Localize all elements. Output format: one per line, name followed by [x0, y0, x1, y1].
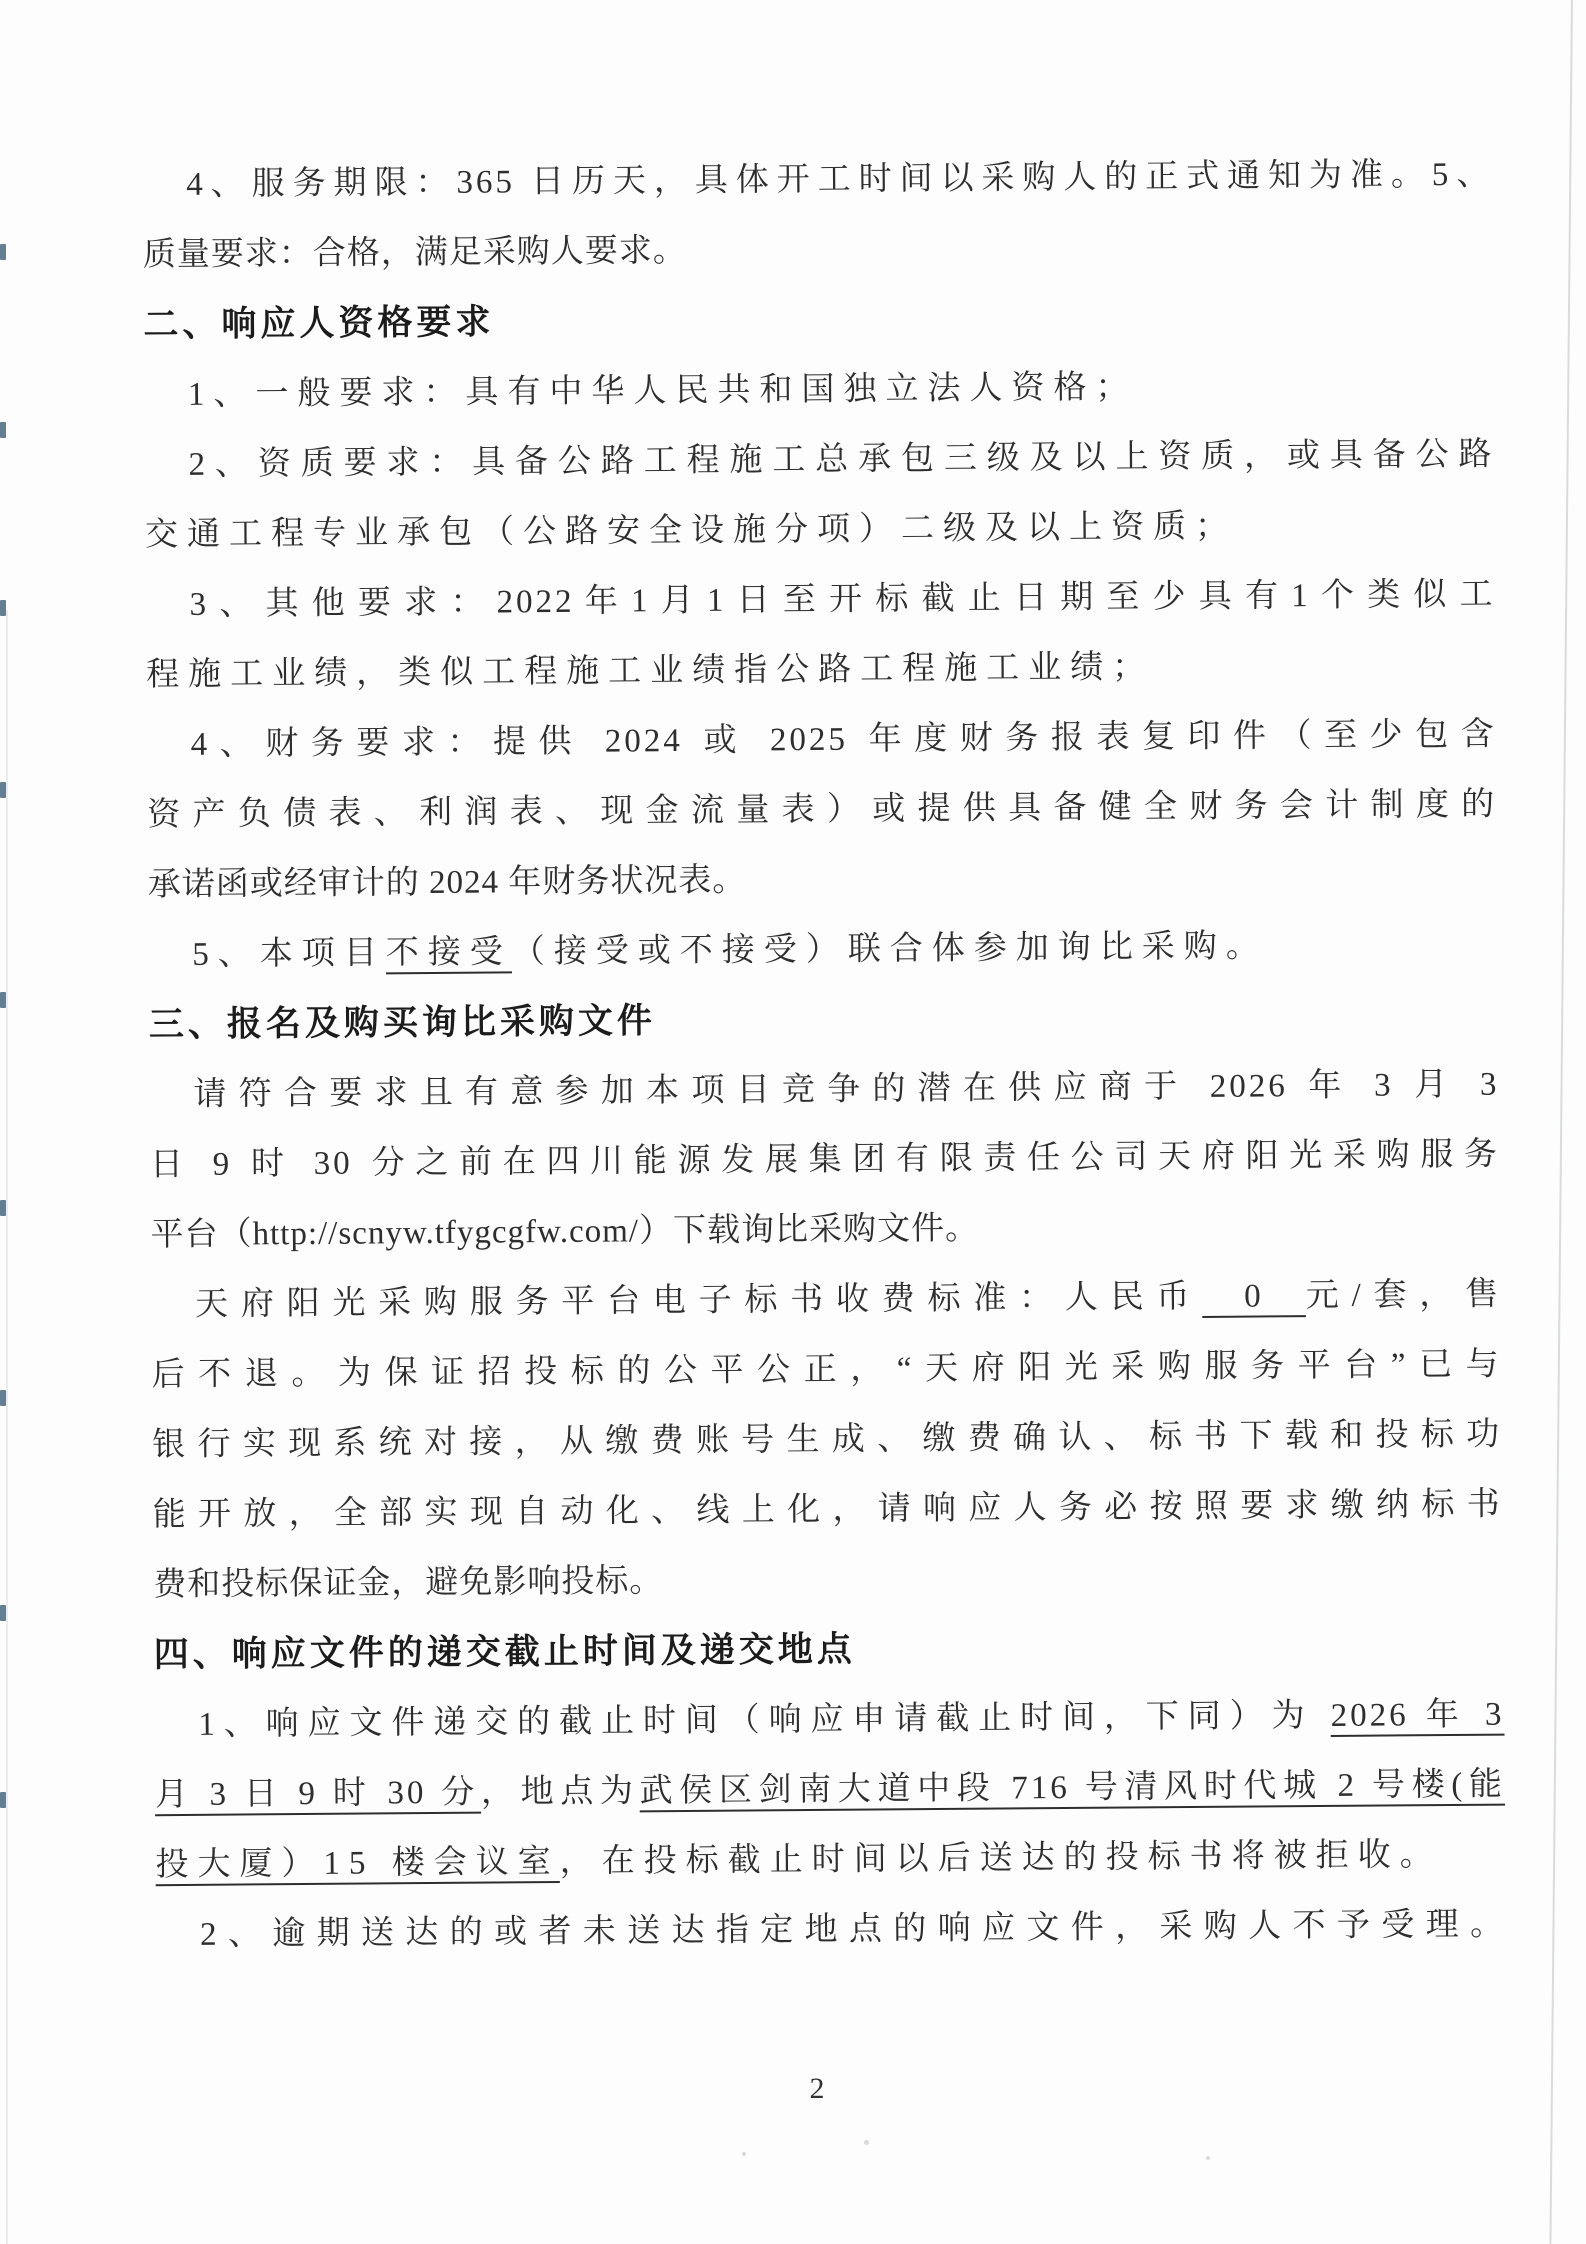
text-line: 能开放，全部实现自动化、线上化，请响应人务必按照要求缴纳标书: [152, 1470, 1503, 1551]
text-line: 1、响应文件递交的截止时间（响应申请截止时间，下同）为 2026 年 3: [154, 1680, 1505, 1761]
text-line: 后不退。为保证招投标的公平公正，“天府阳光采购服务平台”已与: [151, 1330, 1502, 1411]
text-segment: 5、本项目: [192, 935, 386, 973]
scan-speck: [1206, 2156, 1210, 2160]
scan-edge-mark: [0, 422, 6, 438]
scan-edge-mark: [0, 1390, 6, 1406]
text-segment: 承诺函或经审计的 2024 年财务状况表。: [148, 863, 747, 904]
text-line: 费和投标保证金，避免影响投标。: [153, 1540, 1504, 1621]
underlined-text: 不接受: [386, 934, 512, 971]
section-heading: 二、响应人资格要求: [143, 280, 1494, 361]
scan-edge-line-left: [6, 610, 8, 2244]
underlined-text: 月 3 日 9 时 30 分: [155, 1775, 481, 1814]
text-segment: 请符合要求且有意参加本项目竞争的潜在供应商于 2026 年 3 月 3: [193, 1067, 1499, 1113]
scan-edge-mark: [0, 600, 6, 616]
text-segment: 后不退。为保证招投标的公平公正，“天府阳光采购服务平台”已与: [151, 1347, 1501, 1394]
text-segment: 元/套，售: [1306, 1277, 1502, 1315]
text-segment: 四、响应文件的递交截止时间及递交地点: [154, 1630, 856, 1675]
text-segment: 费和投标保证金，避免影响投标。: [153, 1563, 663, 1603]
text-segment: 能开放，全部实现自动化、线上化，请响应人务必按照要求缴纳标书: [153, 1487, 1503, 1534]
text-line: 1、一般要求：具有中华人民共和国独立法人资格；: [144, 350, 1495, 431]
scan-edge-mark: [0, 782, 6, 798]
text-segment: 2、资质要求：具备公路工程施工总承包三级及以上资质，或具备公路: [188, 437, 1494, 483]
text-line: 质量要求：合格，满足采购人要求。: [143, 210, 1494, 291]
document-page: 4、服务期限：365 日历天，具体开工时间以采购人的正式通知为准。5、质量要求：…: [0, 0, 1586, 2244]
text-line: 承诺函或经审计的 2024 年财务状况表。: [148, 840, 1499, 921]
text-line: 投大厦）15 楼会议室，在投标截止时间以后送达的投标书将被拒收。: [155, 1820, 1506, 1901]
text-segment: 平台（http://scnyw.tfygcgfw.com/）下载询比采购文件。: [150, 1211, 979, 1254]
text-line: 4、服务期限：365 日历天，具体开工时间以采购人的正式通知为准。5、: [142, 140, 1493, 221]
text-segment: ，在投标截止时间以后送达的投标书将被拒收。: [560, 1837, 1442, 1880]
text-segment: 1、一般要求：具有中华人民共和国独立法人资格；: [188, 369, 1138, 412]
underlined-text: 武侯区剑南大道中段 716 号清风时代城 2 号楼(能: [639, 1767, 1505, 1810]
text-line: 2、逾期送达的或者未送达指定地点的响应文件，采购人不予受理。: [156, 1890, 1507, 1971]
text-segment: 天府阳光采购服务平台电子标书收费标准：人民币: [195, 1279, 1202, 1323]
text-segment: 质量要求：合格，满足采购人要求。: [143, 233, 687, 273]
scan-edge-mark: [0, 992, 6, 1008]
text-segment: 程施工业绩，类似工程施工业绩指公路工程施工业绩；: [146, 649, 1154, 693]
text-line: 平台（http://scnyw.tfygcgfw.com/）下载询比采购文件。: [150, 1190, 1501, 1271]
text-segment: 交通工程专业承包（公路安全设施分项）二级及以上资质；: [145, 509, 1237, 554]
underlined-text: 0: [1202, 1278, 1306, 1315]
text-segment: 3、其他要求：2022年1月1日至开标截止日期至少具有1个类似工: [189, 577, 1495, 623]
text-segment: 二、响应人资格要求: [143, 302, 494, 344]
section-heading: 三、报名及购买询比采购文件: [149, 980, 1500, 1061]
text-line: 天府阳光采购服务平台电子标书收费标准：人民币 0 元/套，售: [151, 1260, 1502, 1341]
underlined-text: 投大厦）15 楼会议室: [155, 1844, 560, 1883]
text-segment: 日 9 时 30 分之前在四川能源发展集团有限责任公司天府阳光采购服务: [150, 1137, 1500, 1184]
scan-edge-mark: [0, 1605, 6, 1621]
text-line: 2、资质要求：具备公路工程施工总承包三级及以上资质，或具备公路: [144, 420, 1495, 501]
section-heading: 四、响应文件的递交截止时间及递交地点: [154, 1610, 1505, 1691]
text-line: 资产负债表、利润表、现金流量表）或提供具备健全财务会计制度的: [147, 770, 1498, 851]
text-segment: ，地点为: [481, 1773, 640, 1810]
text-line: 交通工程专业承包（公路安全设施分项）二级及以上资质；: [145, 490, 1496, 571]
text-line: 月 3 日 9 时 30 分，地点为武侯区剑南大道中段 716 号清风时代城 2…: [155, 1750, 1506, 1831]
scanned-document: { "page": { "number": "2" }, "artifacts"…: [0, 0, 1586, 2244]
scan-speck: [864, 2140, 869, 2145]
text-line: 3、其他要求：2022年1月1日至开标截止日期至少具有1个类似工: [145, 560, 1496, 641]
text-segment: 4、财务要求：提供 2024 或 2025 年度财务报表复印件（至少包含: [191, 717, 1497, 763]
text-line: 请符合要求且有意参加本项目竞争的潜在供应商于 2026 年 3 月 3: [149, 1050, 1500, 1131]
text-segment: 2、逾期送达的或者未送达指定地点的响应文件，采购人不予受理。: [200, 1907, 1506, 1953]
text-line: 日 9 时 30 分之前在四川能源发展集团有限责任公司天府阳光采购服务: [150, 1120, 1501, 1201]
text-segment: 1、响应文件递交的截止时间（响应申请截止时间，下同）为: [198, 1698, 1331, 1743]
text-line: 银行实现系统对接，从缴费账号生成、缴费确认、标书下载和投标功: [152, 1400, 1503, 1481]
underlined-text: 2026 年 3: [1330, 1697, 1504, 1734]
text-line: 5、本项目不接受（接受或不接受）联合体参加询比采购。: [148, 910, 1499, 991]
text-line: 4、财务要求：提供 2024 或 2025 年度财务报表复印件（至少包含: [146, 700, 1497, 781]
text-segment: 银行实现系统对接，从缴费账号生成、缴费确认、标书下载和投标功: [152, 1417, 1502, 1464]
text-line: 程施工业绩，类似工程施工业绩指公路工程施工业绩；: [146, 630, 1497, 711]
scan-edge-mark: [0, 1200, 6, 1216]
text-segment: （接受或不接受）联合体参加询比采购。: [512, 928, 1268, 970]
page-number: 2: [697, 2072, 937, 2106]
scan-edge-line-right: [1549, 0, 1573, 2244]
text-segment: 资产负债表、利润表、现金流量表）或提供具备健全财务会计制度的: [147, 787, 1497, 834]
scan-speck: [742, 2152, 746, 2156]
text-segment: 4、服务期限：365 日历天，具体开工时间以采购人的正式通知为准。5、: [186, 157, 1492, 203]
text-segment: 三、报名及购买询比采购文件: [149, 1001, 656, 1044]
document-content: 4、服务期限：365 日历天，具体开工时间以采购人的正式通知为准。5、质量要求：…: [142, 140, 1506, 1971]
scan-edge-mark: [0, 244, 6, 260]
scan-edge-mark: [0, 1792, 6, 1808]
